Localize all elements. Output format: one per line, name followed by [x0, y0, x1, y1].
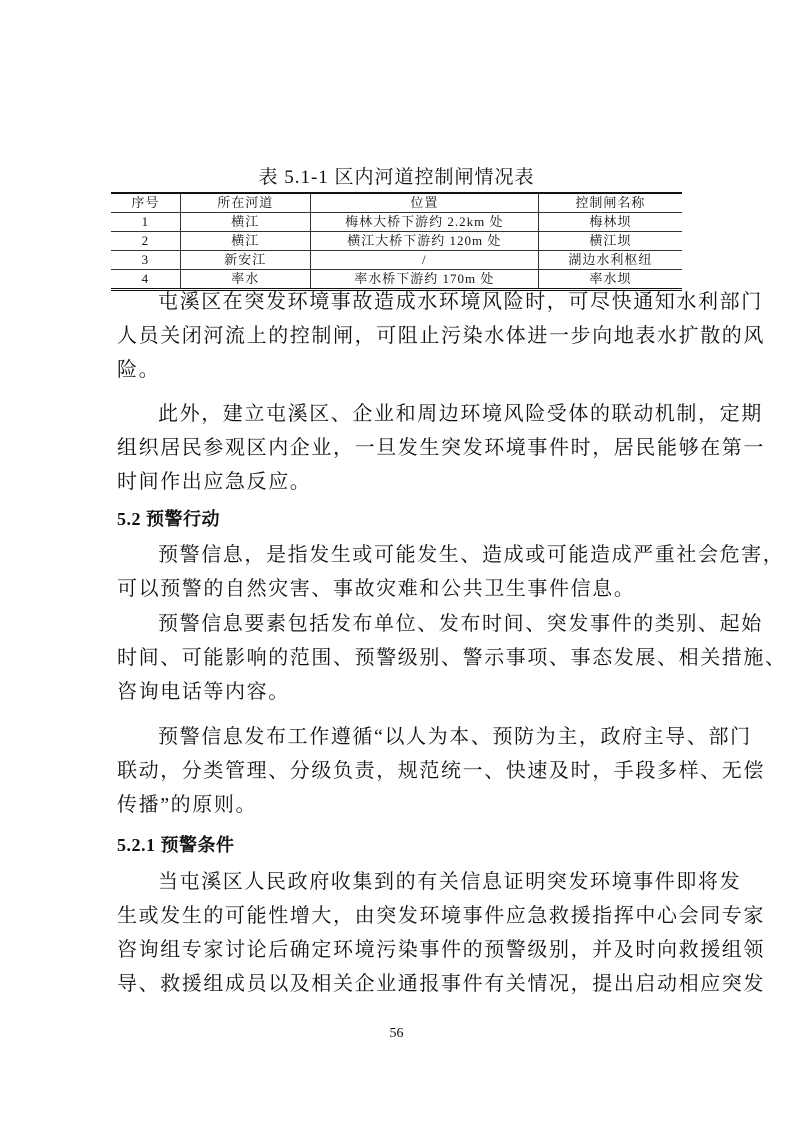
body-text-line: 时间作出应急反应。	[117, 470, 683, 494]
table-row: 1 横江 梅林大桥下游约 2.2km 处 梅林坝	[111, 213, 682, 232]
table-row: 3 新安江 / 湖边水利枢纽	[111, 251, 682, 270]
body-text-line: 导、救援组成员以及相关企业通报事件有关情况，提出启动相应突发	[117, 972, 683, 996]
body-text-line: 传播”的原则。	[117, 793, 683, 817]
table-row: 4 率水 率水桥下游约 170m 处 率水坝	[111, 270, 682, 290]
cell-gate-name: 湖边水利枢纽	[538, 251, 682, 270]
body-text-line: 生或发生的可能性增大，由突发环境事件应急救援指挥中心会同专家	[117, 904, 683, 928]
section-heading-5-2: 5.2 预警行动	[117, 507, 683, 531]
table-header-row: 序号 所在河道 位置 控制闸名称	[111, 193, 682, 213]
header-location: 位置	[310, 193, 538, 213]
cell-location: 横江大桥下游约 120m 处	[310, 232, 538, 251]
control-gate-table: 序号 所在河道 位置 控制闸名称 1 横江 梅林大桥下游约 2.2km 处 梅林…	[111, 192, 682, 291]
page-number: 56	[0, 1026, 793, 1042]
cell-index: 3	[111, 251, 180, 270]
cell-location: /	[310, 251, 538, 270]
body-text-line: 组织居民参观区内企业，一旦发生突发环境事件时，居民能够在第一	[117, 436, 683, 460]
cell-gate-name: 率水坝	[538, 270, 682, 290]
cell-location: 梅林大桥下游约 2.2km 处	[310, 213, 538, 232]
body-text-line: 险。	[117, 358, 683, 382]
body-text-line: 联动，分类管理、分级负责，规范统一、快速及时，手段多样、无偿	[117, 759, 683, 783]
header-index: 序号	[111, 193, 180, 213]
cell-river: 横江	[180, 213, 310, 232]
header-river: 所在河道	[180, 193, 310, 213]
body-text-line: 预警信息发布工作遵循“以人为本、预防为主，政府主导、部门	[117, 725, 683, 749]
cell-river: 率水	[180, 270, 310, 290]
document-page: 表 5.1-1 区内河道控制闸情况表 序号 所在河道 位置 控制闸名称 1 横江…	[0, 0, 793, 1122]
body-text-line: 当屯溪区人民政府收集到的有关信息证明突发环境事件即将发	[117, 870, 683, 894]
body-text-line: 咨询组专家讨论后确定环境污染事件的预警级别，并及时向救援组领	[117, 938, 683, 962]
cell-index: 4	[111, 270, 180, 290]
header-gate-name: 控制闸名称	[538, 193, 682, 213]
body-text-line: 人员关闭河流上的控制闸，可阻止污染水体进一步向地表水扩散的风	[117, 324, 683, 348]
cell-gate-name: 横江坝	[538, 232, 682, 251]
body-text-line: 预警信息要素包括发布单位、发布时间、突发事件的类别、起始	[117, 612, 683, 636]
cell-index: 2	[111, 232, 180, 251]
body-text-line: 可以预警的自然灾害、事故灾难和公共卫生事件信息。	[117, 577, 683, 601]
body-text-line: 此外，建立屯溪区、企业和周边环境风险受体的联动机制，定期	[117, 402, 683, 426]
table-caption: 表 5.1-1 区内河道控制闸情况表	[111, 165, 682, 191]
section-heading-5-2-1: 5.2.1 预警条件	[117, 833, 683, 857]
cell-index: 1	[111, 213, 180, 232]
cell-river: 横江	[180, 232, 310, 251]
cell-gate-name: 梅林坝	[538, 213, 682, 232]
body-text-line: 时间、可能影响的范围、预警级别、警示事项、事态发展、相关措施、	[117, 646, 683, 670]
body-text-line: 预警信息，是指发生或可能发生、造成或可能造成严重社会危害，	[117, 543, 683, 567]
body-text-line: 咨询电话等内容。	[117, 680, 683, 704]
table-row: 2 横江 横江大桥下游约 120m 处 横江坝	[111, 232, 682, 251]
cell-location: 率水桥下游约 170m 处	[310, 270, 538, 290]
cell-river: 新安江	[180, 251, 310, 270]
body-text-line: 屯溪区在突发环境事故造成水环境风险时，可尽快通知水利部门	[117, 290, 683, 314]
